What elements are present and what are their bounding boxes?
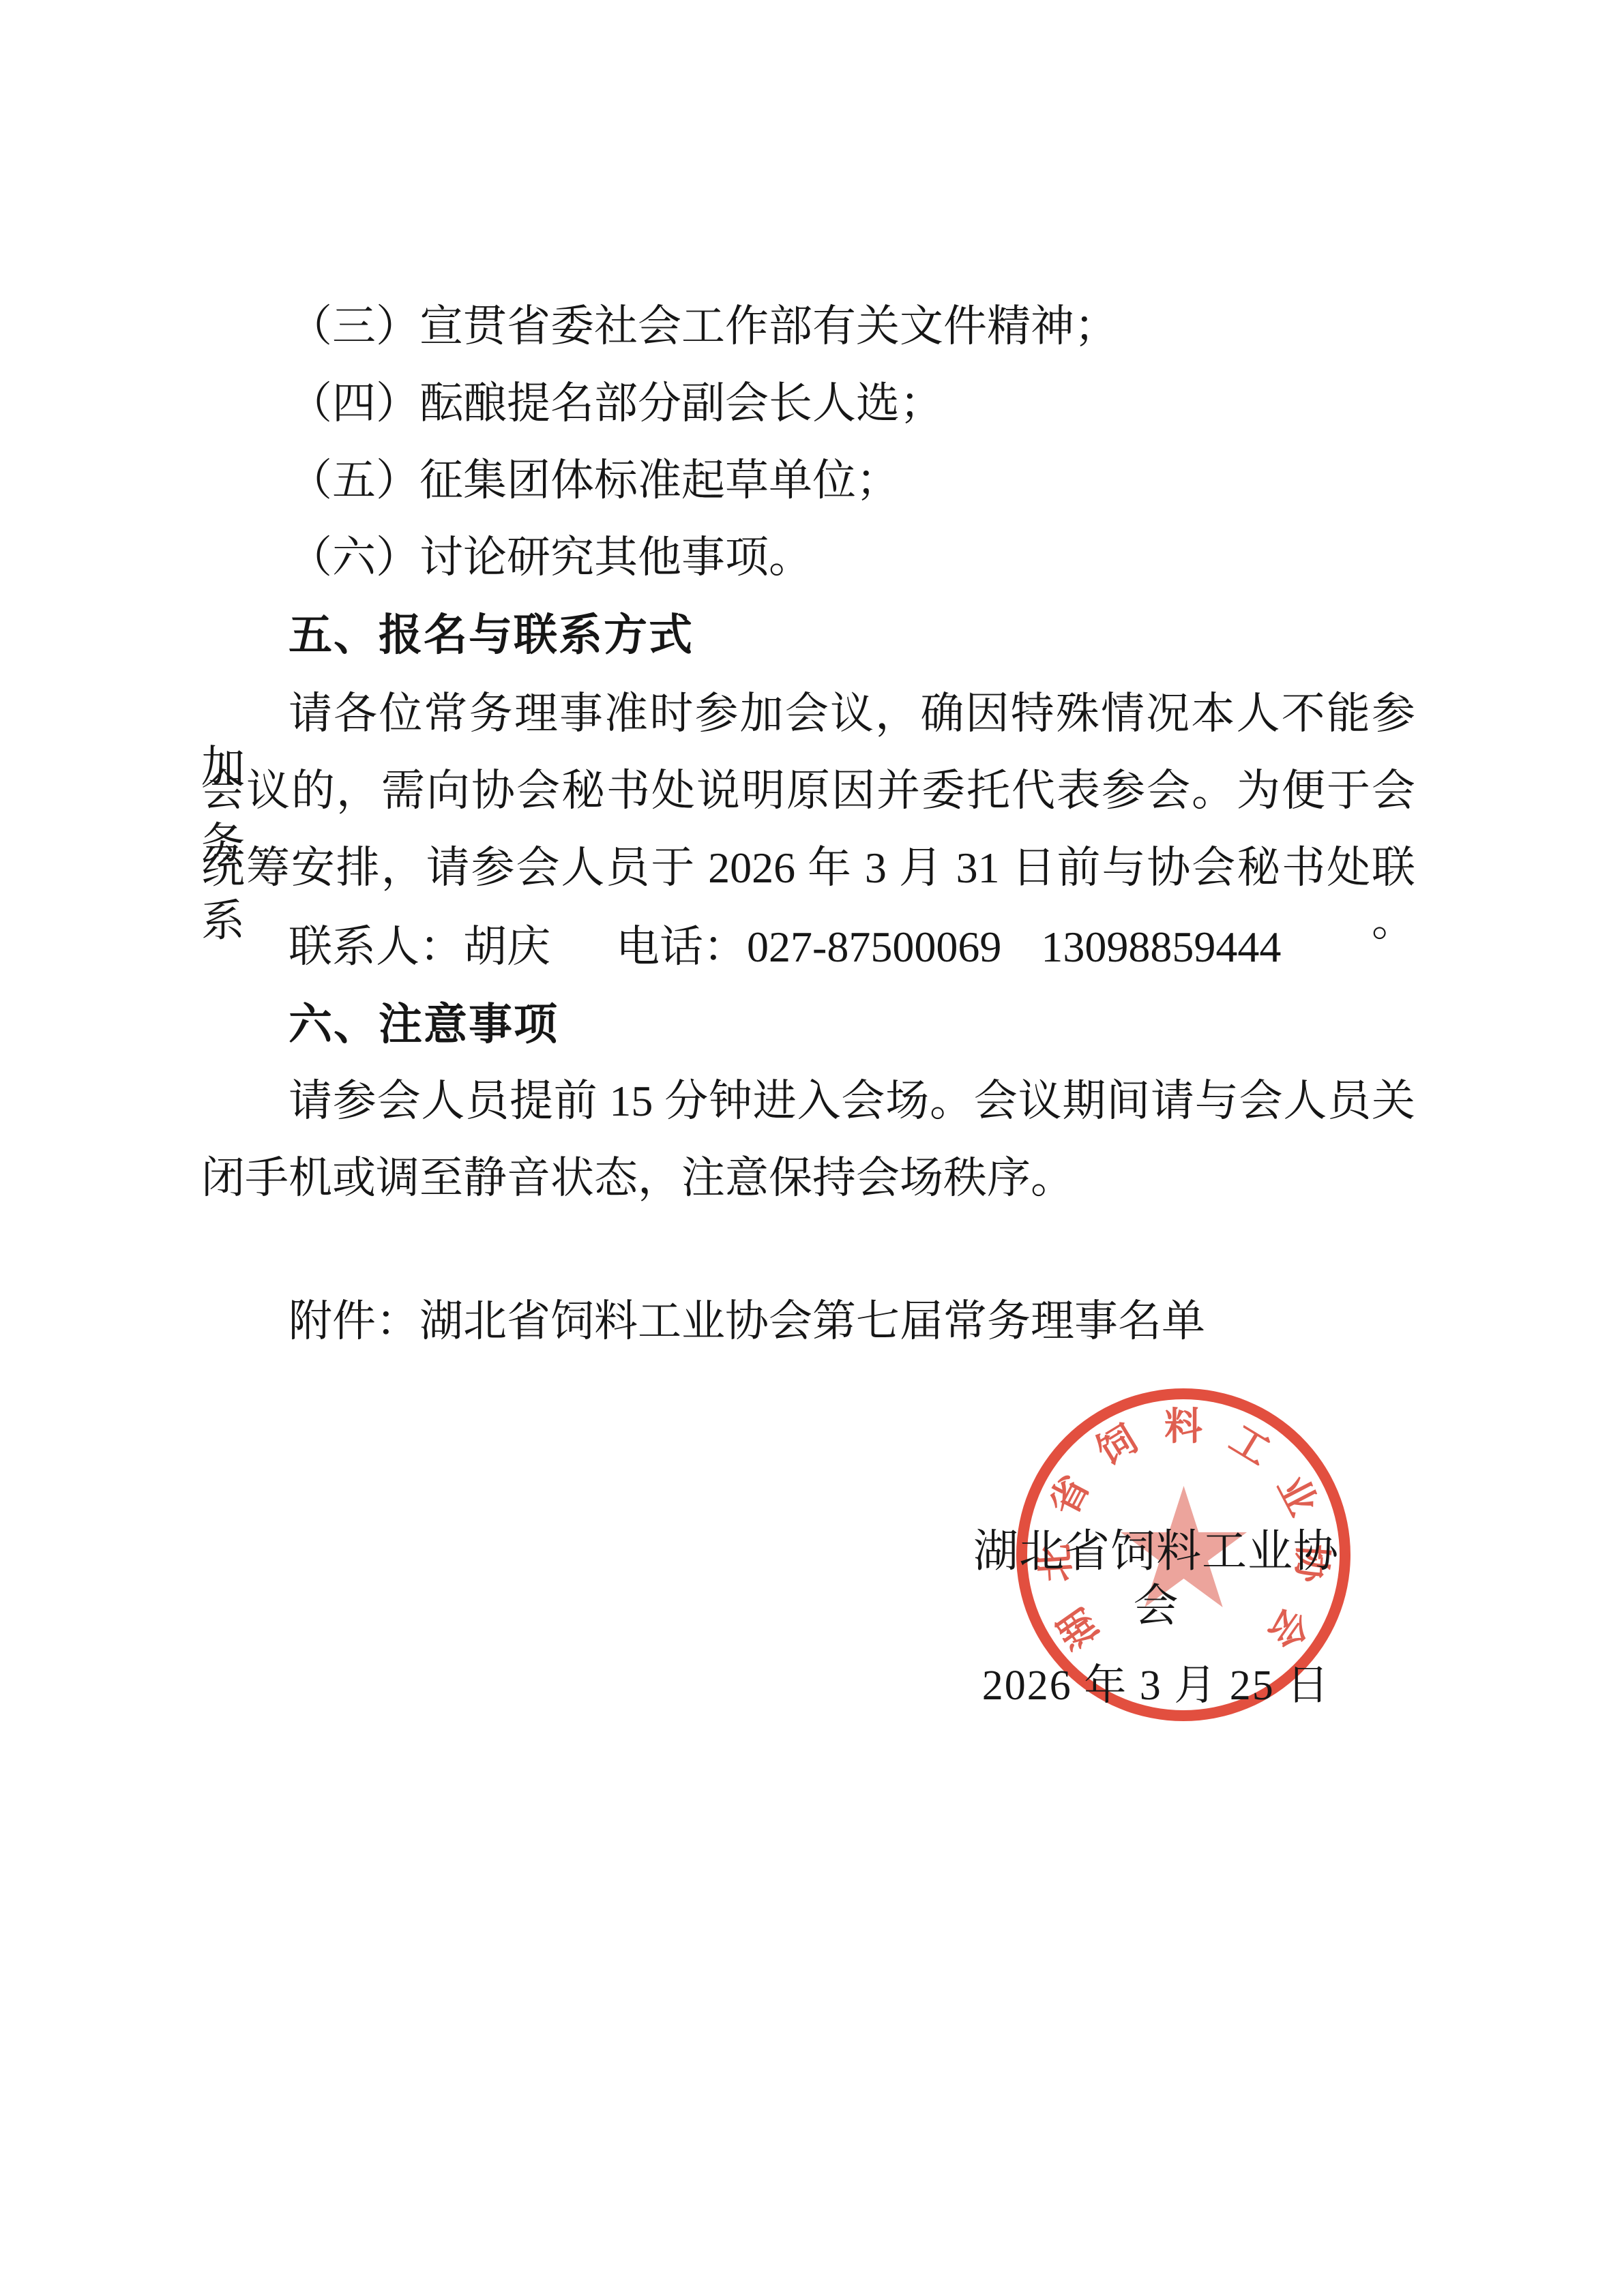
section6-paragraph-line1: 请参会人员提前 15 分钟进入会场。会议期间请与会人员关 xyxy=(201,1075,1415,1128)
contact-name: 胡庆 xyxy=(463,923,550,971)
section6-heading: 六、注意事项 xyxy=(201,998,1415,1051)
stamp-arc-char: 省 xyxy=(1034,1465,1100,1524)
contact-line: 联系人：胡庆电话：027-8750006913098859444 xyxy=(201,921,1415,974)
agenda-item-3: （三）宣贯省委社会工作部有关文件精神； xyxy=(201,300,1415,353)
signature-block: 湖北省饲料工业协会 2026 年 3 月 25 日 xyxy=(951,1525,1361,1710)
phone-label: 电话： xyxy=(616,923,747,971)
stamp-arc-char: 料 xyxy=(1164,1397,1202,1451)
agenda-item-5: （五）征集团体标准起草单位； xyxy=(201,454,1415,507)
phone-number-1: 027-87500069 xyxy=(747,923,1001,971)
section6-paragraph-line2: 闭手机或调至静音状态，注意保持会场秩序。 xyxy=(201,1152,1415,1205)
attachment-line: 附件：湖北省饲料工业协会第七届常务理事名单 xyxy=(201,1295,1415,1348)
stamp-arc-char: 工 xyxy=(1221,1410,1282,1476)
contact-label: 联系人： xyxy=(289,923,463,971)
stamp-arc-char: 业 xyxy=(1267,1465,1333,1524)
section5-heading: 五、报名与联系方式 xyxy=(201,608,1415,661)
phone-number-2: 13098859444 xyxy=(1041,923,1281,971)
agenda-item-4: （四）酝酿提名部分副会长人选； xyxy=(201,377,1415,430)
signature-date: 2026 年 3 月 25 日 xyxy=(951,1661,1361,1710)
stamp-arc-char: 饲 xyxy=(1085,1410,1146,1476)
document-page: （三）宣贯省委社会工作部有关文件精神； （四）酝酿提名部分副会长人选； （五）征… xyxy=(0,0,1624,2296)
agenda-item-6: （六）讨论研究其他事项。 xyxy=(201,531,1415,584)
signature-org: 湖北省饲料工业协会 xyxy=(951,1525,1361,1634)
